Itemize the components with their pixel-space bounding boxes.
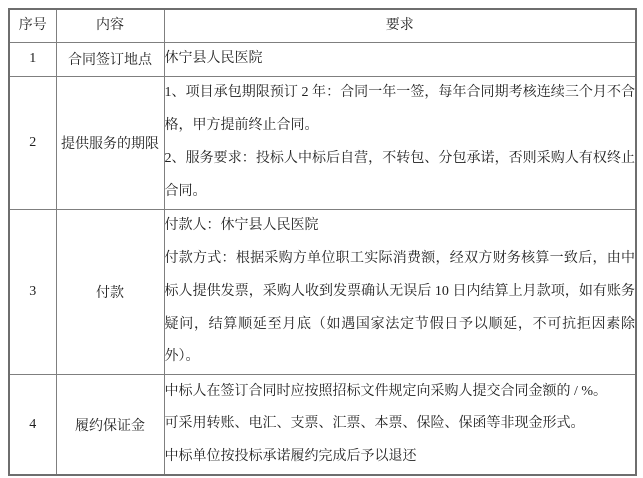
requirement-paragraph: 中标单位按投标承诺履约完成后予以退还 bbox=[165, 441, 636, 474]
cell-requirement: 付款人：休宁县人民医院付款方式：根据采购方单位职工实际消费额，经双方财务核算一致… bbox=[164, 209, 636, 374]
requirement-paragraph: 1、项目承包期限预订 2 年：合同一年一签，每年合同期考核连续三个月不合格，甲方… bbox=[165, 77, 636, 143]
cell-serial-number: 3 bbox=[9, 209, 56, 374]
requirement-paragraph: 中标人在签订合同时应按照招标文件规定向采购人提交合同金额的 / %。 bbox=[165, 376, 636, 409]
requirement-paragraph: 可采用转账、电汇、支票、汇票、本票、保险、保函等非现金形式。 bbox=[165, 408, 636, 441]
cell-requirement: 休宁县人民医院 bbox=[164, 43, 636, 77]
cell-requirement: 1、项目承包期限预订 2 年：合同一年一签，每年合同期考核连续三个月不合格，甲方… bbox=[164, 76, 636, 209]
cell-serial-number: 2 bbox=[9, 76, 56, 209]
header-cell-serial-number: 序号 bbox=[9, 9, 56, 43]
header-cell-content: 内容 bbox=[56, 9, 164, 43]
cell-serial-number: 1 bbox=[9, 43, 56, 77]
requirement-paragraph: 付款人：休宁县人民医院 bbox=[165, 210, 636, 243]
header-cell-requirement: 要求 bbox=[164, 9, 636, 43]
cell-serial-number: 4 bbox=[9, 375, 56, 476]
table-row: 3 付款 付款人：休宁县人民医院付款方式：根据采购方单位职工实际消费额，经双方财… bbox=[9, 209, 636, 374]
document-page: 序号 内容 要求 1 合同签订地点 休宁县人民医院 2 提供服务的期限 1、项目… bbox=[0, 0, 643, 478]
cell-requirement: 中标人在签订合同时应按照招标文件规定向采购人提交合同金额的 / %。可采用转账、… bbox=[164, 375, 636, 476]
table-body: 1 合同签订地点 休宁县人民医院 2 提供服务的期限 1、项目承包期限预订 2 … bbox=[9, 43, 636, 476]
requirement-paragraph: 休宁县人民医院 bbox=[165, 43, 636, 76]
cell-content: 付款 bbox=[56, 209, 164, 374]
requirement-paragraph: 付款方式：根据采购方单位职工实际消费额，经双方财务核算一致后，由中标人提供发票，… bbox=[165, 243, 636, 375]
cell-content: 提供服务的期限 bbox=[56, 76, 164, 209]
table-row: 4 履约保证金 中标人在签订合同时应按照招标文件规定向采购人提交合同金额的 / … bbox=[9, 375, 636, 476]
cell-content: 履约保证金 bbox=[56, 375, 164, 476]
requirement-paragraph: 2、服务要求：投标人中标后自营，不转包、分包承诺，否则采购人有权终止合同。 bbox=[165, 143, 636, 209]
table-row: 1 合同签订地点 休宁县人民医院 bbox=[9, 43, 636, 77]
header-row: 序号 内容 要求 bbox=[9, 9, 636, 43]
cell-content: 合同签订地点 bbox=[56, 43, 164, 77]
contract-terms-table: 序号 内容 要求 1 合同签订地点 休宁县人民医院 2 提供服务的期限 1、项目… bbox=[8, 8, 637, 476]
table-row: 2 提供服务的期限 1、项目承包期限预订 2 年：合同一年一签，每年合同期考核连… bbox=[9, 76, 636, 209]
